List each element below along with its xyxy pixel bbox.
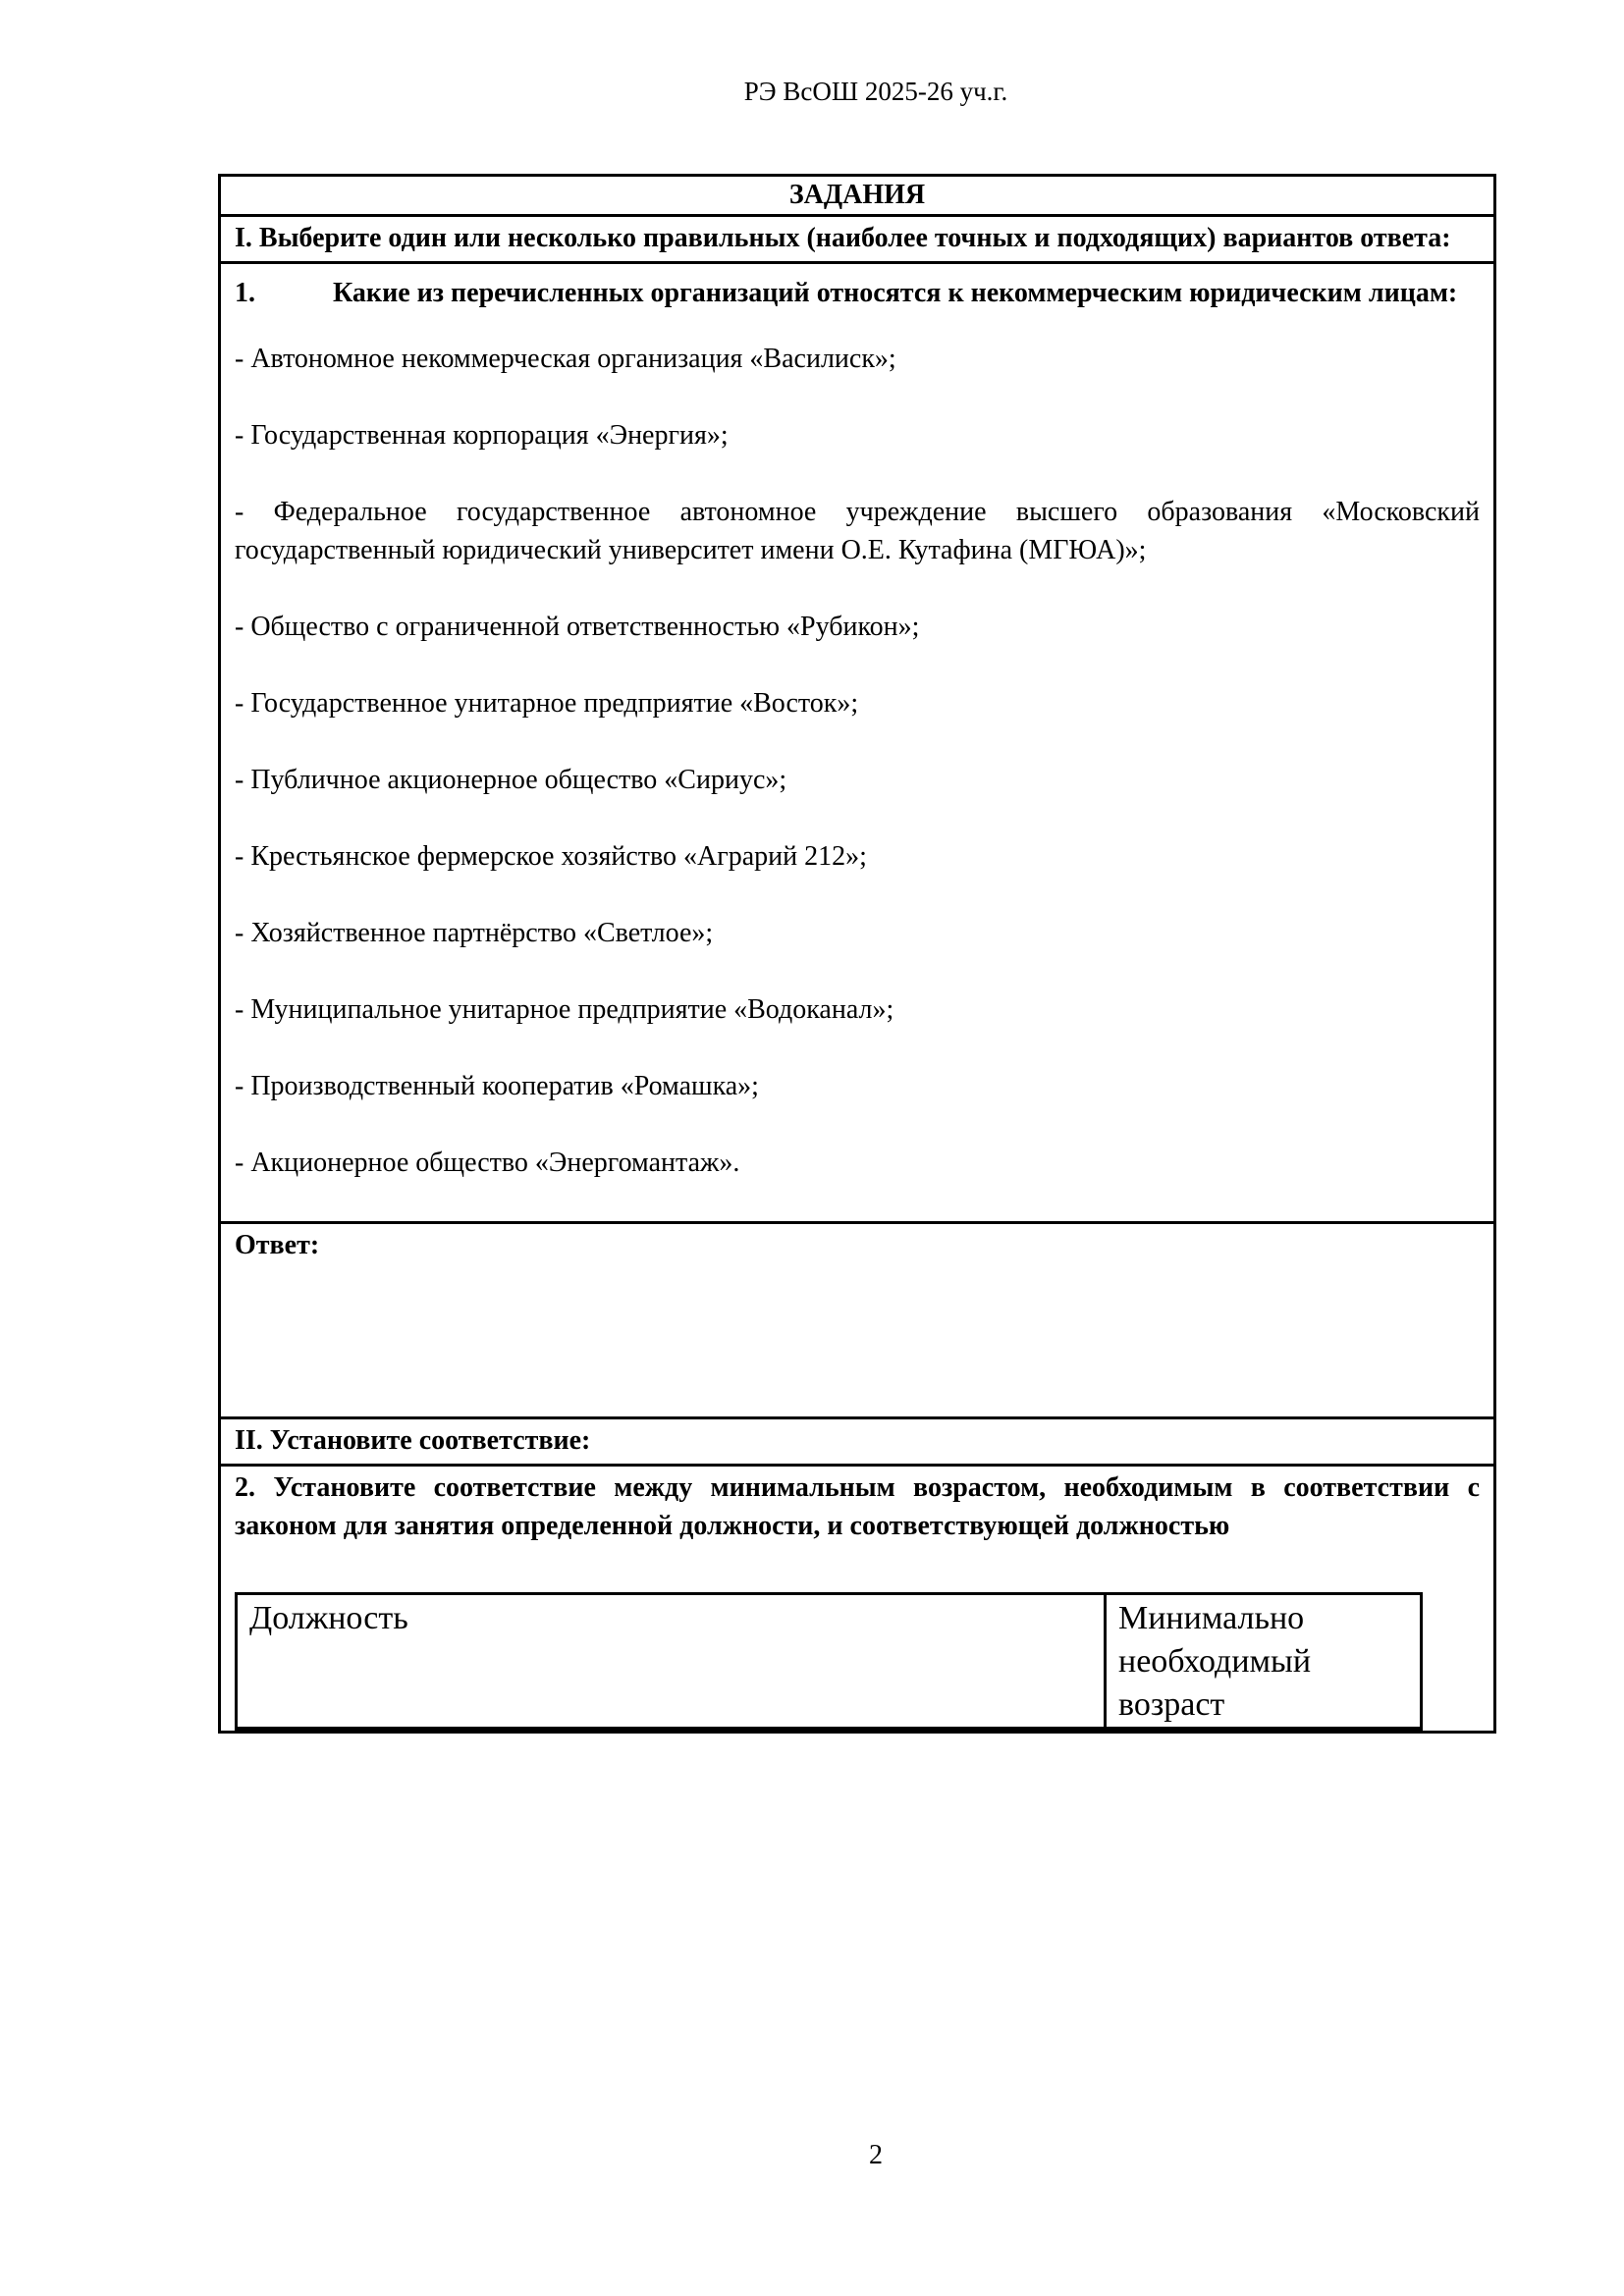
column-header-position: Должность: [237, 1594, 1106, 1730]
answer-option: - Федеральное государственное автономное…: [235, 493, 1480, 569]
question-1-block: 1.Какие из перечисленных организаций отн…: [221, 264, 1493, 1224]
options-list: - Автономное некоммерческая организация …: [235, 340, 1480, 1182]
column-header-min-age: Минимально необходимый возраст: [1106, 1594, 1422, 1730]
section-1-heading: I. Выберите один или несколько правильны…: [221, 217, 1493, 264]
answer-option: - Производственный кооператив «Ромашка»;: [235, 1067, 1480, 1105]
question-2-text: 2. Установите соответствие между минимал…: [235, 1468, 1480, 1545]
answer-option: - Государственная корпорация «Энергия»;: [235, 416, 1480, 454]
question-2-block: 2. Установите соответствие между минимал…: [221, 1467, 1493, 1731]
question-1-text: 1.Какие из перечисленных организаций отн…: [235, 274, 1480, 312]
tasks-table: ЗАДАНИЯ I. Выберите один или несколько п…: [218, 174, 1496, 1734]
question-1-number: 1.: [235, 274, 333, 312]
question-1-prompt: Какие из перечисленных организаций относ…: [333, 278, 1457, 308]
answer-option: - Крестьянское фермерское хозяйство «Агр…: [235, 837, 1480, 876]
answer-option: - Акционерное общество «Энергомантаж».: [235, 1144, 1480, 1182]
page-number: 2: [0, 2140, 1624, 2171]
answer-field[interactable]: Ответ:: [221, 1224, 1493, 1419]
matching-table-header-row: Должность Минимально необходимый возраст: [237, 1594, 1422, 1730]
tasks-title: ЗАДАНИЯ: [221, 177, 1493, 217]
section-2-heading: II. Установите соответствие:: [221, 1419, 1493, 1467]
answer-option: - Автономное некоммерческая организация …: [235, 340, 1480, 378]
answer-option: - Государственное унитарное предприятие …: [235, 684, 1480, 722]
answer-label: Ответ:: [235, 1226, 1480, 1264]
matching-table: Должность Минимально необходимый возраст: [235, 1592, 1423, 1731]
answer-option: - Публичное акционерное общество «Сириус…: [235, 761, 1480, 799]
answer-option: - Хозяйственное партнёрство «Светлое»;: [235, 914, 1480, 952]
answer-option: - Общество с ограниченной ответственност…: [235, 608, 1480, 646]
answer-option: - Муниципальное унитарное предприятие «В…: [235, 990, 1480, 1029]
running-header: РЭ ВсОШ 2025-26 уч.г.: [0, 77, 1624, 107]
